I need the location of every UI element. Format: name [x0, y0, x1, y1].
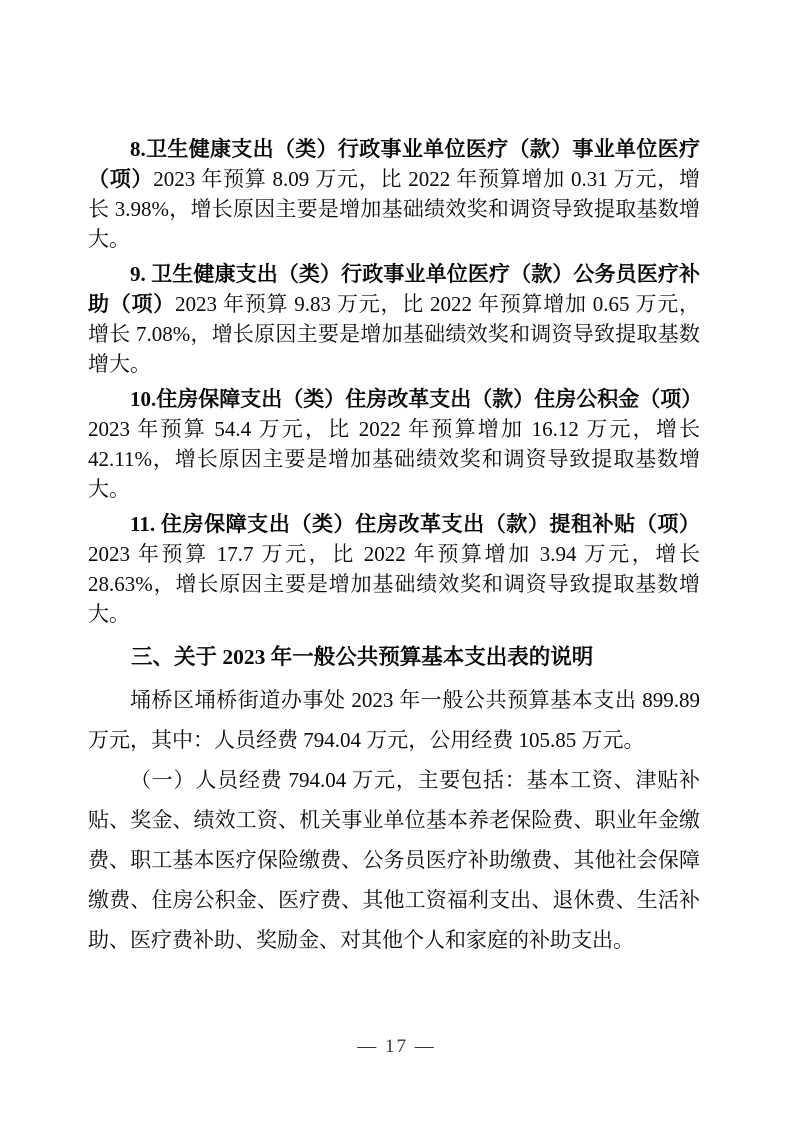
budget-item-10-heading: 10.住房保障支出（类）住房改革支出（款）住房公积金（项）	[130, 387, 702, 411]
document-page: 8.卫生健康支出（类）行政事业单位医疗（款）事业单位医疗（项）2023 年预算 …	[0, 0, 793, 1122]
budget-item-11-body: 2023 年预算 17.7 万元，比 2022 年预算增加 3.94 万元，增长…	[88, 542, 700, 626]
document-content: 8.卫生健康支出（类）行政事业单位医疗（款）事业单位医疗（项）2023 年预算 …	[88, 134, 700, 960]
budget-item-paragraph-9: 9. 卫生健康支出（类）行政事业单位医疗（款）公务员医疗补助（项）2023 年预…	[88, 259, 700, 379]
budget-item-10-body: 2023 年预算 54.4 万元，比 2022 年预算增加 16.12 万元，增…	[88, 417, 700, 501]
budget-item-9-body: 2023 年预算 9.83 万元，比 2022 年预算增加 0.65 万元，增长…	[88, 292, 700, 376]
page-number: — 17 —	[0, 1036, 793, 1058]
budget-item-paragraph-8: 8.卫生健康支出（类）行政事业单位医疗（款）事业单位医疗（项）2023 年预算 …	[88, 134, 700, 254]
budget-item-8-body: 2023 年预算 8.09 万元，比 2022 年预算增加 0.31 万元，增长…	[88, 167, 700, 251]
budget-item-paragraph-10: 10.住房保障支出（类）住房改革支出（款）住房公积金（项）2023 年预算 54…	[88, 384, 700, 504]
section-heading: 三、关于 2023 年一般公共预算基本支出表的说明	[88, 642, 700, 672]
personnel-expense-paragraph: （一）人员经费 794.04 万元，主要包括：基本工资、津贴补贴、奖金、绩效工资…	[88, 760, 700, 960]
budget-item-11-heading: 11. 住房保障支出（类）住房改革支出（款）提租补贴（项）	[130, 512, 700, 536]
budget-item-paragraph-11: 11. 住房保障支出（类）住房改革支出（款）提租补贴（项）2023 年预算 17…	[88, 509, 700, 629]
basic-expenditure-summary-paragraph: 埇桥区埇桥街道办事处 2023 年一般公共预算基本支出 899.89 万元，其中…	[88, 680, 700, 760]
